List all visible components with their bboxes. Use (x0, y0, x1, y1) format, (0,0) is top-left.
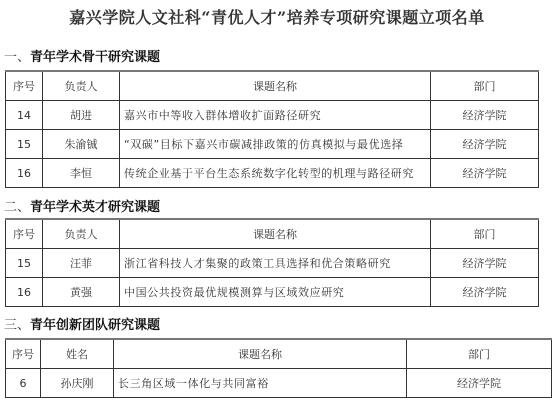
table-row: 6 孙庆刚 长三角区域一体化与共同富裕 经济学院 (6, 369, 552, 398)
col-header-no: 序号 (6, 339, 41, 369)
col-header-topic: 课题名称 (120, 71, 431, 101)
col-header-dept: 部门 (431, 219, 539, 249)
cell-no: 16 (6, 159, 43, 188)
section-1-heading: 一、青年学术骨干研究课题 (4, 46, 160, 65)
table-row: 16 李恒 传统企业基于平台生态系统数字化转型的机理与路径研究 经济学院 (6, 159, 539, 188)
cell-topic: 浙江省科技人才集聚的政策工具选择和优合策略研究 (120, 249, 431, 278)
table-header-row: 序号 姓名 课题名称 部门 (6, 339, 552, 369)
col-header-person: 姓名 (41, 339, 114, 369)
section-2-number: 二、 (4, 200, 30, 215)
cell-dept: 经济学院 (431, 278, 539, 307)
cell-dept: 经济学院 (431, 130, 539, 159)
section-2-heading: 二、青年学术英才研究课题 (4, 196, 160, 215)
cell-dept: 经济学院 (431, 249, 539, 278)
cell-person: 朱渝铖 (43, 130, 120, 159)
section-3-title: 青年创新团队研究课题 (30, 318, 160, 333)
table-row: 16 黄强 中国公共投资最优规模测算与区域效应研究 经济学院 (6, 278, 539, 307)
cell-topic: 传统企业基于平台生态系统数字化转型的机理与路径研究 (120, 159, 431, 188)
cell-no: 15 (6, 249, 43, 278)
col-header-no: 序号 (6, 219, 43, 249)
cell-topic: 嘉兴市中等收入群体增收扩面路径研究 (120, 101, 431, 130)
table-row: 14 胡进 嘉兴市中等收入群体增收扩面路径研究 经济学院 (6, 101, 539, 130)
section-1-title: 青年学术骨干研究课题 (30, 50, 160, 65)
cell-topic: 中国公共投资最优规模测算与区域效应研究 (120, 278, 431, 307)
table-header-row: 序号 负责人 课题名称 部门 (6, 219, 539, 249)
col-header-person: 负责人 (43, 71, 120, 101)
table-section-1: 序号 负责人 课题名称 部门 14 胡进 嘉兴市中等收入群体增收扩面路径研究 经… (5, 70, 539, 188)
table-section-2: 序号 负责人 课题名称 部门 15 汪菲 浙江省科技人才集聚的政策工具选择和优合… (5, 218, 539, 307)
col-header-no: 序号 (6, 71, 43, 101)
cell-person: 孙庆刚 (41, 369, 114, 398)
cell-person: 黄强 (43, 278, 120, 307)
cell-no: 6 (6, 369, 41, 398)
document-title: 嘉兴学院人文社科“青优人才”培养专项研究课题立项名单 (0, 5, 554, 28)
cell-no: 15 (6, 130, 43, 159)
table-row: 15 汪菲 浙江省科技人才集聚的政策工具选择和优合策略研究 经济学院 (6, 249, 539, 278)
section-1-number: 一、 (4, 50, 30, 65)
col-header-person: 负责人 (43, 219, 120, 249)
section-3-heading: 三、青年创新团队研究课题 (4, 314, 160, 333)
cell-dept: 经济学院 (407, 369, 552, 398)
section-3-number: 三、 (4, 318, 30, 333)
cell-person: 胡进 (43, 101, 120, 130)
cell-dept: 经济学院 (431, 159, 539, 188)
cell-person: 李恒 (43, 159, 120, 188)
cell-person: 汪菲 (43, 249, 120, 278)
table-header-row: 序号 负责人 课题名称 部门 (6, 71, 539, 101)
section-2-title: 青年学术英才研究课题 (30, 200, 160, 215)
cell-no: 14 (6, 101, 43, 130)
table-row: 15 朱渝铖 “双碳”目标下嘉兴市碳减排政策的仿真模拟与最优选择 经济学院 (6, 130, 539, 159)
col-header-topic: 课题名称 (114, 339, 407, 369)
cell-dept: 经济学院 (431, 101, 539, 130)
cell-no: 16 (6, 278, 43, 307)
cell-topic: 长三角区域一体化与共同富裕 (114, 369, 407, 398)
col-header-dept: 部门 (407, 339, 552, 369)
col-header-topic: 课题名称 (120, 219, 431, 249)
table-section-3: 序号 姓名 课题名称 部门 6 孙庆刚 长三角区域一体化与共同富裕 经济学院 (5, 338, 552, 398)
col-header-dept: 部门 (431, 71, 539, 101)
cell-topic: “双碳”目标下嘉兴市碳减排政策的仿真模拟与最优选择 (120, 130, 431, 159)
